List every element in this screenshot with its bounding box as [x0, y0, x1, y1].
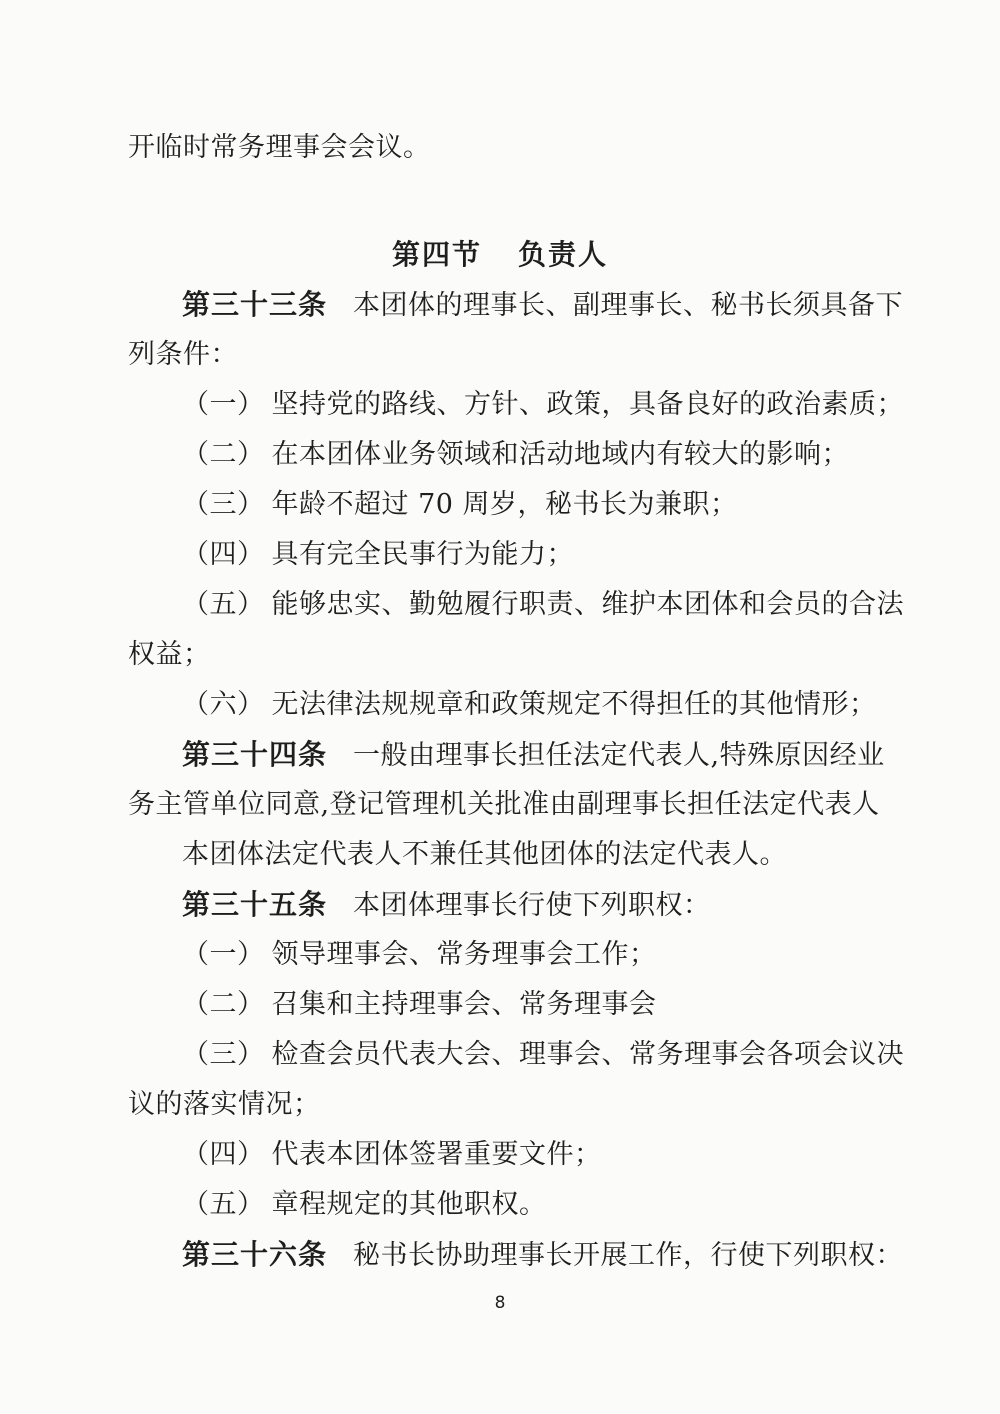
article-34-text: 一般由理事长担任法定代表人,特殊原因经业: [353, 740, 885, 771]
section-heading: 第四节负责人: [128, 230, 872, 280]
article-35-number: 第三十五条: [182, 889, 327, 920]
article-34-line: 第三十四条一般由理事长担任法定代表人,特殊原因经业: [128, 730, 872, 780]
article-35-text: 本团体理事长行使下列职权：: [353, 890, 711, 921]
clause-number: （一）: [182, 389, 265, 420]
clause-number: （二）: [182, 989, 265, 1020]
article-36-text: 秘书长协助理事长开展工作，行使下列职权：: [353, 1240, 903, 1271]
clause-line: （一）坚持党的路线、方针、政策，具备良好的政治素质；: [128, 380, 872, 430]
clause-text: 召集和主持理事会、常务理事会: [272, 989, 657, 1020]
clause-line: （四）具有完全民事行为能力；: [128, 530, 872, 580]
article-35-line: 第三十五条本团体理事长行使下列职权：: [128, 880, 872, 930]
page-number: 8: [128, 1280, 872, 1326]
section-heading-number: 第四节: [392, 239, 482, 270]
text-line-continuation: 议的落实情况；: [128, 1080, 872, 1130]
clause-number: （四）: [182, 539, 265, 570]
clause-text: 年龄不超过 70 周岁，秘书长为兼职；: [272, 489, 738, 520]
clause-number: （三）: [182, 1039, 265, 1070]
clause-line: （五）能够忠实、勤勉履行职责、维护本团体和会员的合法: [128, 580, 872, 630]
text-line-continuation: 开临时常务理事会会议。: [128, 123, 872, 173]
article-33-number: 第三十三条: [182, 289, 327, 320]
clause-text: 无法律法规规章和政策规定不得担任的其他情形；: [272, 689, 877, 720]
clause-number: （三）: [182, 489, 265, 520]
clause-line: （三）年龄不超过 70 周岁，秘书长为兼职；: [128, 480, 872, 530]
article-36-number: 第三十六条: [182, 1239, 327, 1270]
clause-number: （二）: [182, 439, 265, 470]
clause-number: （一）: [182, 939, 265, 970]
document-page: 开临时常务理事会会议。 第四节负责人 第三十三条本团体的理事长、副理事长、秘书长…: [0, 0, 1000, 1414]
clause-line: （三）检查会员代表大会、理事会、常务理事会各项会议决: [128, 1030, 872, 1080]
text-line-continuation: 列条件：: [128, 330, 872, 380]
clause-text: 章程规定的其他职权。: [272, 1189, 547, 1220]
clause-text: 在本团体业务领域和活动地域内有较大的影响；: [272, 439, 850, 470]
clause-line: （五）章程规定的其他职权。: [128, 1180, 872, 1230]
clause-line: （四）代表本团体签署重要文件；: [128, 1130, 872, 1180]
clause-text: 能够忠实、勤勉履行职责、维护本团体和会员的合法: [272, 589, 905, 620]
clause-text: 检查会员代表大会、理事会、常务理事会各项会议决: [272, 1039, 905, 1070]
clause-number: （五）: [182, 1189, 265, 1220]
clause-text: 代表本团体签署重要文件；: [272, 1139, 602, 1170]
clause-text: 坚持党的路线、方针、政策，具备良好的政治素质；: [272, 389, 905, 420]
clause-line: （一）领导理事会、常务理事会工作；: [128, 930, 872, 980]
article-33-line: 第三十三条本团体的理事长、副理事长、秘书长须具备下: [128, 280, 872, 330]
clause-line: （六）无法律法规规章和政策规定不得担任的其他情形；: [128, 680, 872, 730]
article-34-number: 第三十四条: [182, 739, 327, 770]
clause-line: （二）召集和主持理事会、常务理事会: [128, 980, 872, 1030]
clause-line: （二）在本团体业务领域和活动地域内有较大的影响；: [128, 430, 872, 480]
article-36-line: 第三十六条秘书长协助理事长开展工作，行使下列职权：: [128, 1230, 872, 1280]
text-line-continuation: 务主管单位同意,登记管理机关批准由副理事长担任法定代表人: [128, 780, 872, 830]
text-line-continuation: 权益；: [128, 630, 872, 680]
clause-number: （四）: [182, 1139, 265, 1170]
clause-text: 具有完全民事行为能力；: [272, 539, 575, 570]
section-heading-title: 负责人: [518, 239, 608, 270]
clause-text: 领导理事会、常务理事会工作；: [272, 939, 657, 970]
clause-number: （五）: [182, 589, 265, 620]
clause-number: （六）: [182, 689, 265, 720]
text-line-indented: 本团体法定代表人不兼任其他团体的法定代表人。: [128, 830, 872, 880]
article-33-text: 本团体的理事长、副理事长、秘书长须具备下: [353, 290, 903, 321]
